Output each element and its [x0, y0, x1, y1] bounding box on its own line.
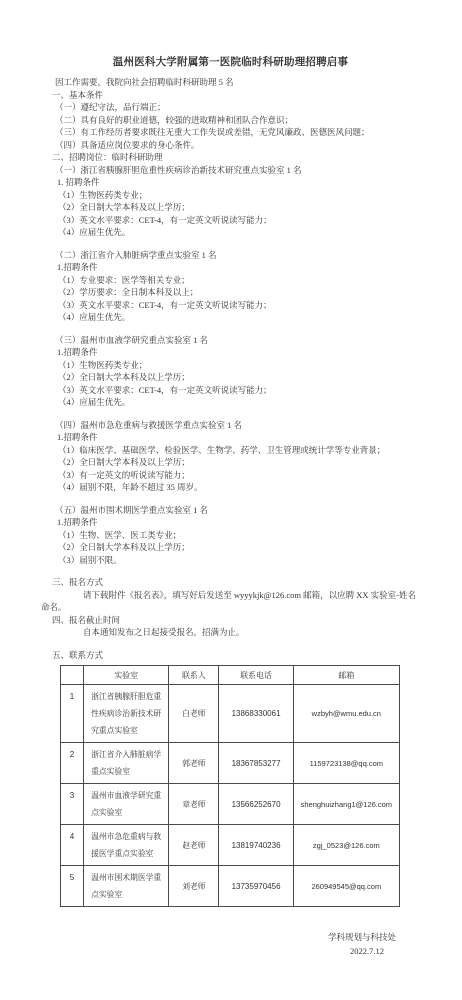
paragraph: 1.招聘条件 [41, 261, 420, 274]
contact-table-header: 联系电话 [219, 666, 293, 685]
contact-table-header: 联系人 [169, 666, 219, 685]
table-cell-email: 1159723138@qq.com [293, 743, 399, 784]
table-cell-email: zgj_0523@126.com [293, 825, 399, 866]
contact-table-header: 邮箱 [293, 666, 399, 685]
document-title: 温州医科大学附属第一医院临时科研助理招聘启事 [41, 54, 420, 69]
paragraph: （三）温州市血液学研究重点实验室 1 名 [41, 334, 420, 347]
paragraph: （四）温州市急危重病与救援医学重点实验室 1 名 [41, 419, 420, 432]
table-cell-lab: 浙江省胰腺肝胆危重性疾病诊治新技术研究重点实验室 [84, 685, 169, 743]
table-cell-lab: 温州市围术期医学重点实验室 [84, 866, 169, 907]
paragraph: （2）全日制大学本科及以上学历； [41, 201, 420, 214]
table-cell-email: shenghuizhang1@126.com [293, 784, 399, 825]
paragraph: 1.招聘条件 [41, 346, 420, 359]
paragraph: （3）英文水平要求：CET-4，有一定英文听说读写能力； [41, 384, 420, 397]
paragraph: （4）应届生优先。 [41, 226, 420, 239]
table-cell-phone: 13735970456 [219, 866, 293, 907]
paragraph: （2）学历要求：全日制本科及以上； [41, 286, 420, 299]
table-cell-no: 2 [61, 743, 84, 784]
paragraph: 1.招聘条件 [41, 431, 420, 444]
paragraph: （2）全日制大学本科及以上学历； [41, 541, 420, 554]
paragraph: （一）遵纪守法，品行端正； [41, 101, 420, 114]
paragraph: （五）温州市围术期医学重点实验室 1 名 [41, 504, 420, 517]
table-cell-lab: 浙江省介入肺脏病学重点实验室 [84, 743, 169, 784]
footer-date: 2022.7.12 [41, 945, 420, 959]
paragraph: （二）具有良好的职业道德，较强的进取精神和团队合作意识； [41, 114, 420, 127]
table-cell-contact: 赵老师 [169, 825, 219, 866]
document-body: 因工作需要，我院向社会招聘临时科研助理 5 名一、基本条件（一）遵纪守法，品行端… [41, 76, 420, 661]
paragraph: （4）应届生优先。 [41, 311, 420, 324]
paragraph: 二、招聘岗位：临时科研助理 [41, 151, 420, 164]
table-cell-contact: 白老师 [169, 685, 219, 743]
table-cell-contact: 刘老师 [169, 866, 219, 907]
paragraph: （四）具备适应岗位要求的身心条件。 [41, 139, 420, 152]
table-cell-no: 4 [61, 825, 84, 866]
paragraph: （二）浙江省介入肺脏病学重点实验室 1 名 [41, 249, 420, 262]
table-cell-no: 3 [61, 784, 84, 825]
footer: 学科规划与科技处 2022.7.12 [41, 931, 420, 958]
table-cell-contact: 章老师 [169, 784, 219, 825]
table-row: 4温州市急危重病与救援医学重点实验室赵老师13819740236zgj_0523… [61, 825, 400, 866]
paragraph: 四、报名截止时间 [41, 614, 420, 627]
document-page: 温州医科大学附属第一医院临时科研助理招聘启事 因工作需要，我院向社会招聘临时科研… [0, 0, 462, 1000]
table-cell-email: wzbyh@wmu.edu.cn [293, 685, 399, 743]
paragraph: （2）全日制大学本科及以上学历； [41, 371, 420, 384]
paragraph: （1）生物医药类专业； [41, 359, 420, 372]
table-row: 2浙江省介入肺脏病学重点实验室郭老师183678532771159723138@… [61, 743, 400, 784]
table-cell-phone: 13868330061 [219, 685, 293, 743]
table-cell-no: 5 [61, 866, 84, 907]
table-row: 1浙江省胰腺肝胆危重性疾病诊治新技术研究重点实验室白老师13868330061w… [61, 685, 400, 743]
contact-table: 实验室联系人联系电话邮箱 1浙江省胰腺肝胆危重性疾病诊治新技术研究重点实验室白老… [60, 665, 400, 907]
paragraph: 一、基本条件 [41, 89, 420, 102]
table-cell-no: 1 [61, 685, 84, 743]
contact-table-header-row: 实验室联系人联系电话邮箱 [61, 666, 400, 685]
table-cell-lab: 温州市急危重病与救援医学重点实验室 [84, 825, 169, 866]
paragraph: 自本通知发布之日起接受报名，招满为止。 [41, 626, 420, 639]
contact-table-header [61, 666, 84, 685]
paragraph: （3）英文水平要求：CET-4，有一定英文听说读写能力； [41, 299, 420, 312]
paragraph: （2）全日制大学本科及以上学历； [41, 456, 420, 469]
paragraph: （1）生物、医学、医工类专业； [41, 529, 420, 542]
table-cell-phone: 13566252670 [219, 784, 293, 825]
table-cell-phone: 13819740236 [219, 825, 293, 866]
table-cell-lab: 温州市血液学研究重点实验室 [84, 784, 169, 825]
paragraph: 因工作需要，我院向社会招聘临时科研助理 5 名 [41, 76, 420, 89]
paragraph: 三、报名方式 [41, 576, 420, 589]
paragraph: 请下载附件《报名表》，填写好后发送至 wyyykjk@126.com 邮箱，以应… [41, 589, 420, 614]
paragraph: （3）有一定英文的听说读写能力； [41, 469, 420, 482]
footer-department: 学科规划与科技处 [41, 931, 420, 945]
table-cell-phone: 18367853277 [219, 743, 293, 784]
paragraph: 1.招聘条件 [41, 516, 420, 529]
paragraph: 1. 招聘条件 [41, 176, 420, 189]
paragraph: 五、联系方式 [41, 649, 420, 662]
paragraph: （三）有工作经历者要求既往无重大工作失误或差错，无党风廉政、医德医风问题； [41, 126, 420, 139]
paragraph: （1）生物医药类专业； [41, 189, 420, 202]
contact-table-header: 实验室 [84, 666, 169, 685]
paragraph: （4）应届生优先。 [41, 396, 420, 409]
table-cell-contact: 郭老师 [169, 743, 219, 784]
table-row: 5温州市围术期医学重点实验室刘老师13735970456260949545@qq… [61, 866, 400, 907]
paragraph: （一）浙江省胰腺肝胆危重性疾病诊治新技术研究重点实验室 1 名 [41, 164, 420, 177]
paragraph: （4）届别不限，年龄不超过 35 周岁。 [41, 481, 420, 494]
paragraph: （1）专业要求：医学等相关专业； [41, 274, 420, 287]
paragraph: （1）临床医学、基础医学、检验医学、生物学、药学、卫生管理或统计学等专业背景； [41, 444, 420, 457]
table-cell-email: 260949545@qq.com [293, 866, 399, 907]
paragraph: （3）英文水平要求：CET-4，有一定英文听说读写能力； [41, 214, 420, 227]
paragraph: （3）届别不限。 [41, 554, 420, 567]
table-row: 3温州市血液学研究重点实验室章老师13566252670shenghuizhan… [61, 784, 400, 825]
